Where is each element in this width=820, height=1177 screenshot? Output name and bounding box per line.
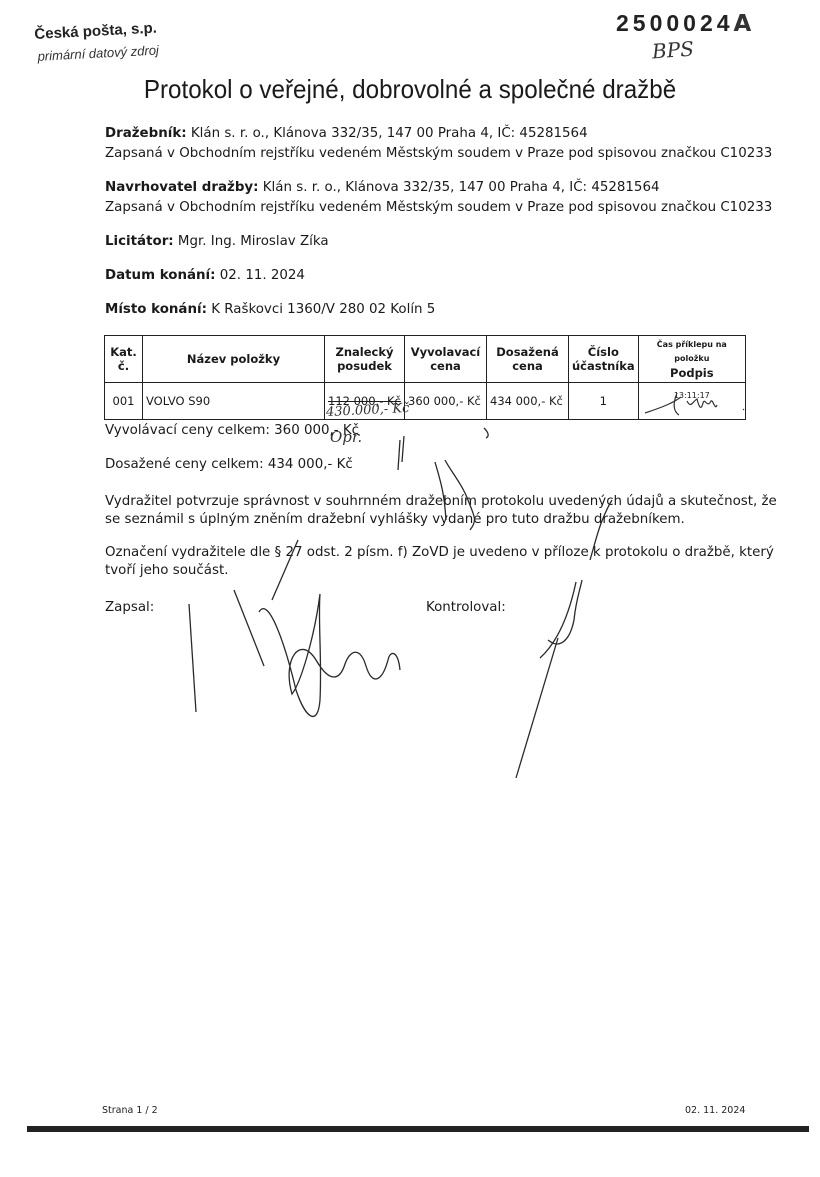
confirmation-line-2: se seznámil s úplným zněním dražební vyh… — [105, 510, 685, 530]
place-label: Místo konání: — [105, 302, 207, 317]
footer-date: 02. 11. 2024 — [685, 1105, 745, 1116]
cell-achieved: 434 000,- Kč — [487, 383, 569, 420]
document-number: 2500024A — [616, 10, 755, 37]
document-number-value: 2500024 — [616, 10, 734, 36]
date-label: Datum konání: — [105, 268, 216, 283]
col-header-participant: Číslo účastníka — [569, 336, 639, 383]
col-header-name: Název položky — [143, 336, 325, 383]
confirmation-line-1: Vydražitel potvrzuje správnost v souhrnn… — [105, 492, 777, 512]
col-header-signature: Čas příklepu na položku Podpis — [638, 336, 745, 383]
handwritten-signatures-icon — [0, 0, 820, 1177]
auctioneer-registry: Zapsaná v Obchodním rejstříku vedeném Mě… — [105, 144, 772, 164]
place-value: K Raškovci 1360/V 280 02 Kolín 5 — [211, 302, 435, 317]
auctioneer-line: Dražebník: Klán s. r. o., Klánova 332/35… — [105, 124, 588, 144]
recorded-by-label: Zapsal: — [105, 598, 154, 618]
checked-by-label: Kontroloval: — [426, 598, 506, 618]
cell-name: VOLVO S90 — [143, 383, 325, 420]
date-value: 02. 11. 2024 — [220, 268, 305, 283]
cell-participant: 1 — [569, 383, 639, 420]
cell-signature: 13:11:17 — [638, 383, 745, 420]
licitator-value: Mgr. Ing. Miroslav Zíka — [178, 234, 329, 249]
proposer-line: Navrhovatel dražby: Klán s. r. o., Kláno… — [105, 178, 659, 198]
sender-name: Česká pošta, s.p. — [34, 20, 158, 43]
licitator-label: Licitátor: — [105, 234, 174, 249]
col-header-starting: Vyvolavací cena — [405, 336, 487, 383]
table-row: 001 VOLVO S90 112 000,- Kč 360 000,- Kč … — [105, 383, 746, 420]
proposer-label: Navrhovatel dražby: — [105, 180, 259, 195]
sender-subtitle: primární datový zdroj — [37, 43, 159, 64]
table-header-row: Kat. č. Název položky Znalecký posudek V… — [105, 336, 746, 383]
designation-line-2: tvoří jeho součást. — [105, 561, 228, 581]
col-header-kat: Kat. č. — [105, 336, 143, 383]
proposer-value: Klán s. r. o., Klánova 332/35, 147 00 Pr… — [263, 180, 660, 195]
auctioneer-value: Klán s. r. o., Klánova 332/35, 147 00 Pr… — [191, 126, 588, 141]
col-header-signature-label: Podpis — [670, 366, 714, 380]
cell-kat: 001 — [105, 383, 143, 420]
handwritten-note-bps: BPS — [651, 37, 694, 64]
col-header-time-note: Čas příklepu na položku — [642, 338, 742, 366]
footer-page-number: Strana 1 / 2 — [102, 1105, 158, 1116]
proposer-registry: Zapsaná v Obchodním rejstříku vedeném Mě… — [105, 198, 772, 218]
document-number-suffix: A — [734, 11, 756, 37]
designation-line-1: Označení vydražitele dle § 27 odst. 2 pí… — [105, 543, 774, 563]
total-achieved: Dosažené ceny celkem: 434 000,- Kč — [105, 455, 353, 475]
date-line: Datum konání: 02. 11. 2024 — [105, 266, 305, 286]
table-signature-icon — [643, 389, 753, 419]
col-header-appraisal: Znalecký posudek — [325, 336, 405, 383]
cell-starting: 360 000,- Kč — [405, 383, 487, 420]
licitator-line: Licitátor: Mgr. Ing. Miroslav Zíka — [105, 232, 329, 252]
items-table: Kat. č. Název položky Znalecký posudek V… — [104, 335, 746, 420]
total-starting: Vyvolávací ceny celkem: 360 000,- Kč — [105, 421, 359, 441]
footer-divider — [27, 1126, 809, 1132]
page-title: Protokol o veřejné, dobrovolné a společn… — [29, 74, 792, 105]
col-header-achieved: Dosažená cena — [487, 336, 569, 383]
place-line: Místo konání: K Raškovci 1360/V 280 02 K… — [105, 300, 435, 320]
auctioneer-label: Dražebník: — [105, 126, 187, 141]
sender-stamp: Česká pošta, s.p. primární datový zdroj — [34, 20, 159, 64]
